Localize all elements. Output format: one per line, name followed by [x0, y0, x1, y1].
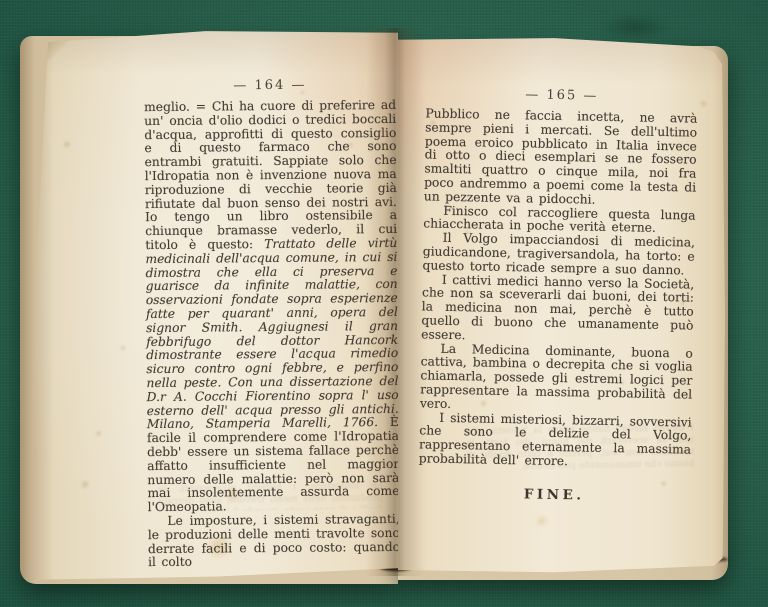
- right-page-text-block: — 165 — Pubblico ne faccia incetta, ne a…: [418, 85, 698, 505]
- left-paragraph-1: meglio. = Chi ha cuore di preferire ad u…: [144, 99, 400, 515]
- paragraph-text: meglio. = Chi ha cuore di preferire ad u…: [144, 98, 397, 252]
- right-paragraph-3: Il Volgo impacciandosi di medicina, giud…: [422, 232, 695, 279]
- page-number-right: — 165 —: [426, 85, 698, 105]
- foxing-spot: [700, 100, 707, 107]
- left-paragraph-2: Le imposture, i sistemi stravaganti, le …: [148, 513, 400, 570]
- page-number-left: — 164 —: [144, 77, 396, 94]
- right-paragraph-5: La Medicina dominante, buona o cattiva, …: [420, 342, 693, 416]
- left-page: Le imposture, i sistemi stravaganti, le …: [28, 30, 398, 582]
- paragraph-text: È facile il comprendere come l'Idropatia…: [147, 415, 400, 514]
- foxing-spot: [95, 430, 102, 437]
- cited-book-title: Trattato delle virtù medicinali dell'acq…: [145, 236, 398, 432]
- fine-label: FINE.: [418, 484, 690, 505]
- right-paragraph-4: I cattivi medici hanno verso la Società,…: [421, 273, 694, 347]
- stain: [536, 516, 547, 526]
- right-page: I cattivi medici hanno verso la Società,…: [396, 36, 726, 576]
- left-page-text-block: — 164 — meglio. = Chi ha cuore di prefer…: [144, 77, 400, 570]
- foxing-spot: [80, 480, 90, 489]
- foxing-spot: [63, 140, 71, 149]
- right-paragraph-6: I sistemi misteriosi, bizzarri, sovversi…: [419, 411, 692, 471]
- right-paragraph-1: Pubblico ne faccia incetta, ne avrà semp…: [424, 107, 698, 209]
- background-smudge: [600, 14, 670, 40]
- foxing-spot: [120, 345, 126, 351]
- photo-background: Le imposture, i sistemi stravaganti, le …: [0, 0, 768, 607]
